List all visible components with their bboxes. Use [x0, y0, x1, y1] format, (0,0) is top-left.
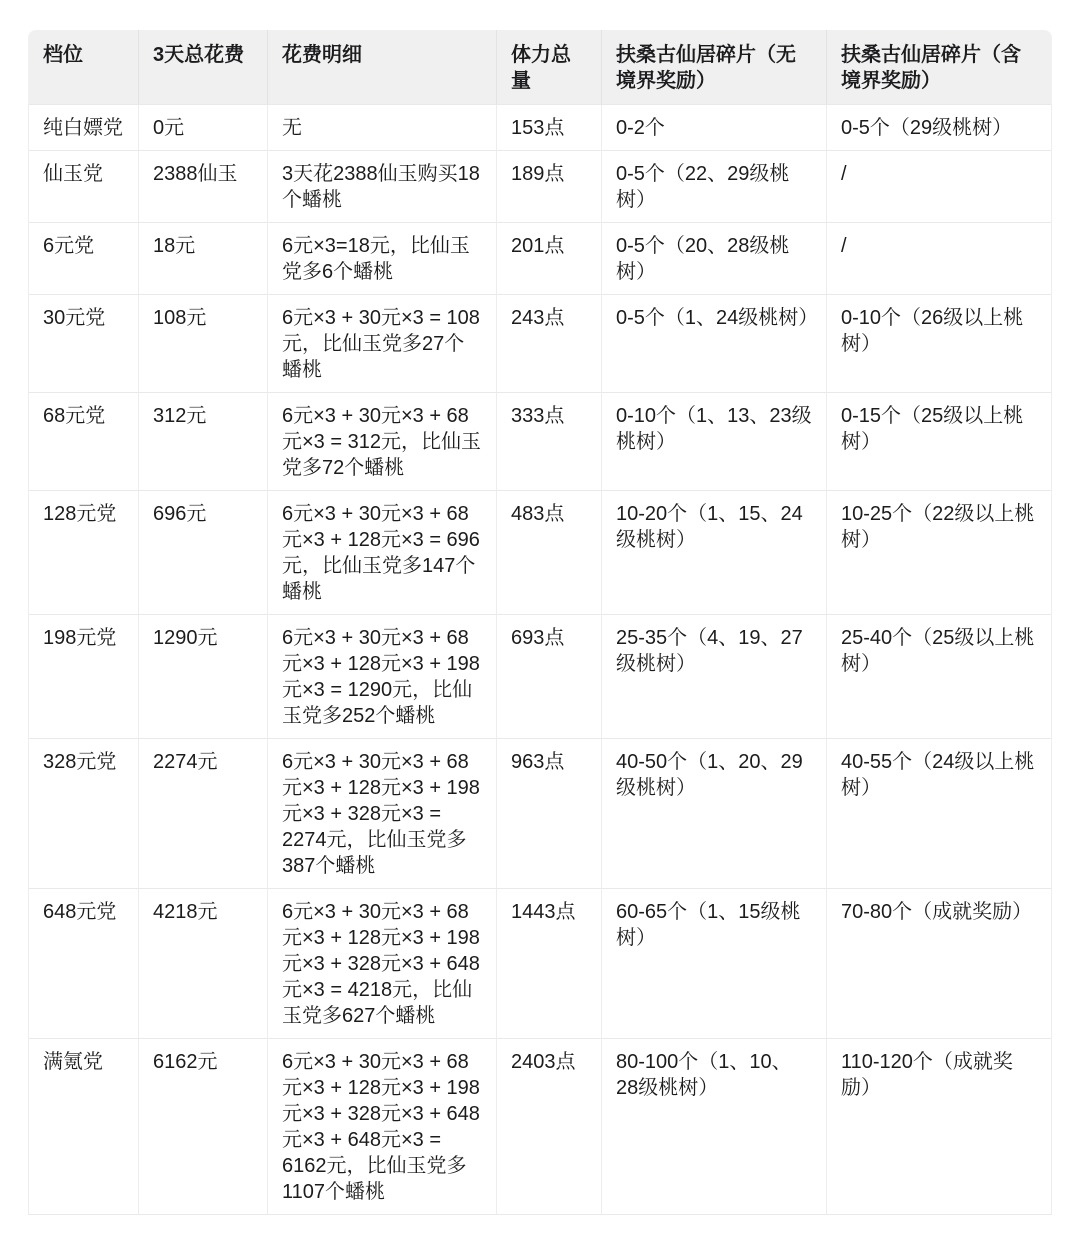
- cell-col2: 无: [268, 105, 497, 151]
- cell-col0: 648元党: [28, 889, 139, 1039]
- cell-col0: 128元党: [28, 491, 139, 615]
- cell-col2: 6元×3 + 30元×3 + 68元×3 + 128元×3 = 696元，比仙玉…: [268, 491, 497, 615]
- cell-col5: /: [827, 151, 1052, 223]
- table-row: 198元党1290元6元×3 + 30元×3 + 68元×3 + 128元×3 …: [28, 615, 1052, 739]
- table-body: 纯白嫖党0元无153点0-2个0-5个（29级桃树）仙玉党2388仙玉3天花23…: [28, 105, 1052, 1215]
- column-header-2: 花费明细: [268, 30, 497, 105]
- table-row: 128元党696元6元×3 + 30元×3 + 68元×3 + 128元×3 =…: [28, 491, 1052, 615]
- cell-col5: 40-55个（24级以上桃树）: [827, 739, 1052, 889]
- column-header-5: 扶桑古仙居碎片（含境界奖励）: [827, 30, 1052, 105]
- column-header-1: 3天总花费: [139, 30, 268, 105]
- cell-col0: 6元党: [28, 223, 139, 295]
- tier-table: 档位3天总花费花费明细体力总量扶桑古仙居碎片（无境界奖励）扶桑古仙居碎片（含境界…: [28, 30, 1052, 1215]
- cell-col5: 0-15个（25级以上桃树）: [827, 393, 1052, 491]
- cell-col1: 18元: [139, 223, 268, 295]
- cell-col3: 333点: [497, 393, 602, 491]
- cell-col3: 153点: [497, 105, 602, 151]
- table-header: 档位3天总花费花费明细体力总量扶桑古仙居碎片（无境界奖励）扶桑古仙居碎片（含境界…: [28, 30, 1052, 105]
- cell-col4: 40-50个（1、20、29级桃树）: [602, 739, 827, 889]
- cell-col3: 483点: [497, 491, 602, 615]
- table-row: 648元党4218元6元×3 + 30元×3 + 68元×3 + 128元×3 …: [28, 889, 1052, 1039]
- table-row: 满氪党6162元6元×3 + 30元×3 + 68元×3 + 128元×3 + …: [28, 1039, 1052, 1215]
- cell-col5: 70-80个（成就奖励）: [827, 889, 1052, 1039]
- cell-col3: 1443点: [497, 889, 602, 1039]
- cell-col0: 30元党: [28, 295, 139, 393]
- cell-col2: 3天花2388仙玉购买18个蟠桃: [268, 151, 497, 223]
- table-row: 328元党2274元6元×3 + 30元×3 + 68元×3 + 128元×3 …: [28, 739, 1052, 889]
- cell-col0: 满氪党: [28, 1039, 139, 1215]
- cell-col1: 0元: [139, 105, 268, 151]
- table-row: 68元党312元6元×3 + 30元×3 + 68元×3 = 312元，比仙玉党…: [28, 393, 1052, 491]
- cell-col3: 243点: [497, 295, 602, 393]
- table-row: 纯白嫖党0元无153点0-2个0-5个（29级桃树）: [28, 105, 1052, 151]
- cell-col2: 6元×3=18元，比仙玉党多6个蟠桃: [268, 223, 497, 295]
- table-row: 30元党108元6元×3 + 30元×3 = 108元，比仙玉党多27个蟠桃24…: [28, 295, 1052, 393]
- column-header-4: 扶桑古仙居碎片（无境界奖励）: [602, 30, 827, 105]
- cell-col0: 328元党: [28, 739, 139, 889]
- cell-col4: 60-65个（1、15级桃树）: [602, 889, 827, 1039]
- cell-col0: 纯白嫖党: [28, 105, 139, 151]
- cell-col2: 6元×3 + 30元×3 + 68元×3 + 128元×3 + 198元×3 +…: [268, 1039, 497, 1215]
- cell-col5: 0-10个（26级以上桃树）: [827, 295, 1052, 393]
- table-row: 6元党18元6元×3=18元，比仙玉党多6个蟠桃201点0-5个（20、28级桃…: [28, 223, 1052, 295]
- cell-col4: 25-35个（4、19、27级桃树）: [602, 615, 827, 739]
- cell-col1: 696元: [139, 491, 268, 615]
- cell-col1: 2274元: [139, 739, 268, 889]
- table-row: 仙玉党2388仙玉3天花2388仙玉购买18个蟠桃189点0-5个（22、29级…: [28, 151, 1052, 223]
- cell-col3: 201点: [497, 223, 602, 295]
- cell-col0: 198元党: [28, 615, 139, 739]
- cell-col5: 110-120个（成就奖励）: [827, 1039, 1052, 1215]
- cell-col3: 2403点: [497, 1039, 602, 1215]
- cell-col3: 189点: [497, 151, 602, 223]
- cell-col1: 312元: [139, 393, 268, 491]
- cell-col4: 0-2个: [602, 105, 827, 151]
- header-row: 档位3天总花费花费明细体力总量扶桑古仙居碎片（无境界奖励）扶桑古仙居碎片（含境界…: [28, 30, 1052, 105]
- cell-col1: 1290元: [139, 615, 268, 739]
- cell-col5: 25-40个（25级以上桃树）: [827, 615, 1052, 739]
- cell-col4: 0-5个（1、24级桃树）: [602, 295, 827, 393]
- cell-col3: 693点: [497, 615, 602, 739]
- cell-col1: 108元: [139, 295, 268, 393]
- tier-table-container: 档位3天总花费花费明细体力总量扶桑古仙居碎片（无境界奖励）扶桑古仙居碎片（含境界…: [28, 30, 1052, 1215]
- cell-col2: 6元×3 + 30元×3 + 68元×3 = 312元，比仙玉党多72个蟠桃: [268, 393, 497, 491]
- column-header-3: 体力总量: [497, 30, 602, 105]
- cell-col0: 68元党: [28, 393, 139, 491]
- cell-col4: 80-100个（1、10、28级桃树）: [602, 1039, 827, 1215]
- cell-col1: 6162元: [139, 1039, 268, 1215]
- cell-col2: 6元×3 + 30元×3 = 108元，比仙玉党多27个蟠桃: [268, 295, 497, 393]
- cell-col4: 0-5个（22、29级桃树）: [602, 151, 827, 223]
- cell-col2: 6元×3 + 30元×3 + 68元×3 + 128元×3 + 198元×3 +…: [268, 889, 497, 1039]
- cell-col2: 6元×3 + 30元×3 + 68元×3 + 128元×3 + 198元×3 +…: [268, 739, 497, 889]
- cell-col4: 0-5个（20、28级桃树）: [602, 223, 827, 295]
- cell-col4: 0-10个（1、13、23级桃树）: [602, 393, 827, 491]
- column-header-0: 档位: [28, 30, 139, 105]
- cell-col1: 4218元: [139, 889, 268, 1039]
- cell-col0: 仙玉党: [28, 151, 139, 223]
- cell-col2: 6元×3 + 30元×3 + 68元×3 + 128元×3 + 198元×3 =…: [268, 615, 497, 739]
- cell-col4: 10-20个（1、15、24级桃树）: [602, 491, 827, 615]
- cell-col1: 2388仙玉: [139, 151, 268, 223]
- cell-col3: 963点: [497, 739, 602, 889]
- cell-col5: 10-25个（22级以上桃树）: [827, 491, 1052, 615]
- cell-col5: /: [827, 223, 1052, 295]
- cell-col5: 0-5个（29级桃树）: [827, 105, 1052, 151]
